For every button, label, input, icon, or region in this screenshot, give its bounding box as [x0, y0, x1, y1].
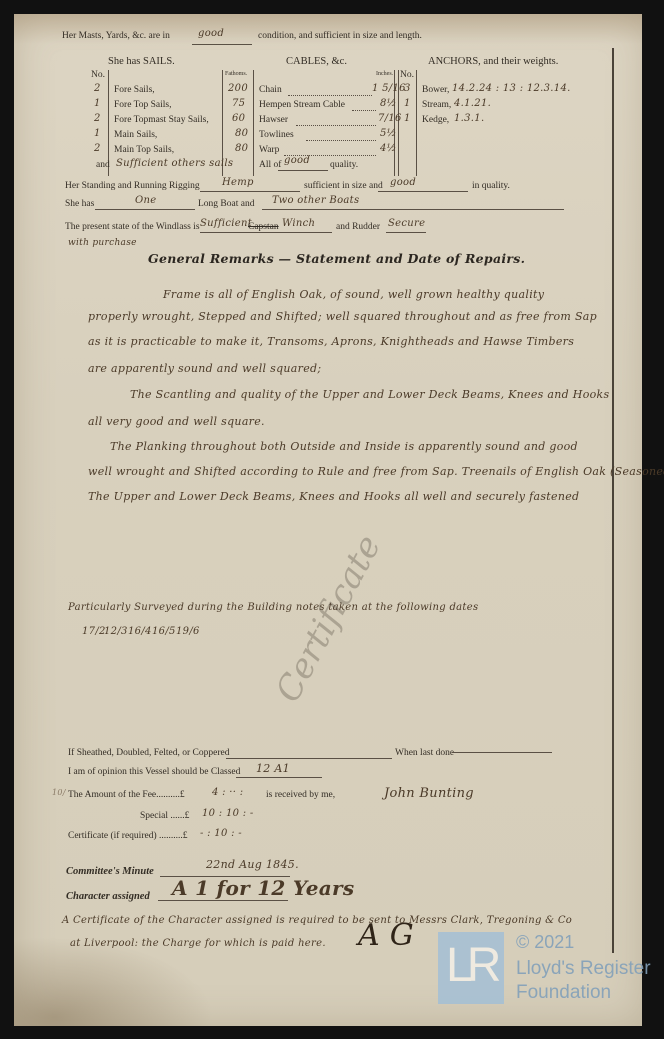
fee-margin-note: 10/ [52, 788, 66, 797]
character-assigned-value: A 1 for 12 Years [172, 876, 354, 900]
fee-value: 4 : ·· : [212, 787, 243, 798]
committee-signature: A G [358, 918, 414, 953]
committee-minute-label: Committee's Minute [66, 866, 154, 877]
remark-line: all very good and well square. [88, 415, 265, 428]
remark-line: Frame is all of English Oak, of sound, w… [163, 288, 544, 301]
sail-label: Fore Top Sails, [114, 100, 171, 110]
anchors-heading: ANCHORS, and their weights. [428, 56, 558, 67]
sail-label: Main Top Sails, [114, 145, 174, 155]
classed-value: 12 A1 [256, 762, 290, 775]
sail-label: Fore Sails, [114, 85, 155, 95]
certificate-fee-label: Certificate (if required) ..........£ [68, 831, 188, 841]
windlass-value: Sufficient [200, 218, 252, 229]
lr-logo-icon: LR [438, 932, 504, 1004]
anchor-weights: 1.3.1. [454, 113, 484, 124]
surveyor-signature: John Bunting [384, 786, 474, 801]
rigging-value: Hemp [222, 177, 254, 188]
cable-label: Hempen Stream Cable [259, 100, 345, 110]
when-last-done-label: When last done [395, 748, 454, 758]
remark-line: properly wrought, Stepped and Shifted; w… [88, 310, 597, 323]
winch-value: Winch [282, 218, 315, 229]
remark-line: The Upper and Lower Deck Beams, Knees an… [88, 490, 579, 503]
sail-label: Fore Topmast Stay Sails, [114, 115, 209, 125]
fee-label: The Amount of the Fee..........£ [68, 790, 185, 800]
watermark-org-line1: Lloyd's Register [516, 958, 651, 980]
special-fee-label: Special ......£ [140, 811, 189, 821]
torn-edge [642, 0, 664, 1039]
long-boat-value: One [135, 195, 156, 206]
anchor-label: Stream, [422, 100, 451, 110]
general-remarks-title: General Remarks — Statement and Date of … [148, 251, 525, 266]
sail-label: Main Sails, [114, 130, 157, 140]
certificate-note-line: A Certificate of the Character assigned … [62, 915, 572, 926]
windlass-label: The present state of the Windlass is [65, 222, 200, 232]
sails-no-header: No. [91, 70, 105, 80]
other-boats-value: Two other Boats [272, 195, 359, 206]
sheathing-label: If Sheathed, Doubled, Felted, or Coppere… [68, 748, 229, 758]
committee-minute-value: 22nd Aug 1845. [206, 858, 299, 871]
fathoms-header: Fathoms. [225, 71, 247, 77]
capstan-struck: Capstan [248, 222, 279, 232]
cables-heading: CABLES, &c. [286, 56, 347, 67]
inches-header: Inches. [376, 71, 393, 77]
cable-label: Warp [259, 145, 279, 155]
boats-label: She has [65, 199, 94, 209]
certificate-fee-value: - : 10 : - [200, 828, 242, 839]
cable-label: Towlines [259, 130, 294, 140]
anchor-label: Kedge, [422, 115, 449, 125]
remark-line: The Scantling and quality of the Upper a… [130, 388, 609, 401]
anchor-weights: 4.1.21. [454, 98, 491, 109]
rigging-quality-value: good [390, 177, 416, 188]
remark-line: The Planking throughout both Outside and… [110, 440, 578, 453]
sails-heading: She has SAILS. [108, 56, 175, 67]
certificate-note-line: at Liverpool: the Charge for which is pa… [70, 938, 326, 949]
windlass-note: with purchase [68, 238, 137, 248]
character-assigned-label: Character assigned [66, 891, 150, 902]
anchors-no-header: No. [400, 70, 414, 80]
watermark-org-line2: Foundation [516, 982, 611, 1004]
remark-line: are apparently sound and well squared; [88, 362, 321, 375]
special-fee-value: 10 : 10 : - [202, 808, 254, 819]
rigging-label: Her Standing and Running Rigging [65, 181, 200, 191]
cables-quality-value: good [284, 155, 310, 166]
masts-suffix: condition, and sufficient in size and le… [258, 31, 422, 41]
masts-label: Her Masts, Yards, &c. are in [62, 31, 170, 41]
masts-value: good [198, 28, 224, 39]
remark-line: well wrought and Shifted according to Ru… [88, 465, 664, 478]
survey-note: Particularly Surveyed during the Buildin… [68, 602, 478, 613]
right-margin-rule [612, 48, 614, 953]
remark-line: as it is practicable to make it, Transom… [88, 335, 574, 348]
sails-other-value: Sufficient others sails [116, 158, 233, 169]
watermark-copyright: © 2021 [516, 932, 574, 953]
classed-label: I am of opinion this Vessel should be Cl… [68, 767, 240, 777]
anchor-label: Bower, [422, 85, 449, 95]
lloyds-register-watermark: LR © 2021 Lloyd's Register Foundation [438, 932, 638, 1006]
anchor-weights: 14.2.24 : 13 : 12.3.14. [452, 83, 571, 94]
cable-label: Hawser [259, 115, 288, 125]
rudder-value: Secure [388, 218, 425, 229]
cable-label: Chain [259, 85, 282, 95]
